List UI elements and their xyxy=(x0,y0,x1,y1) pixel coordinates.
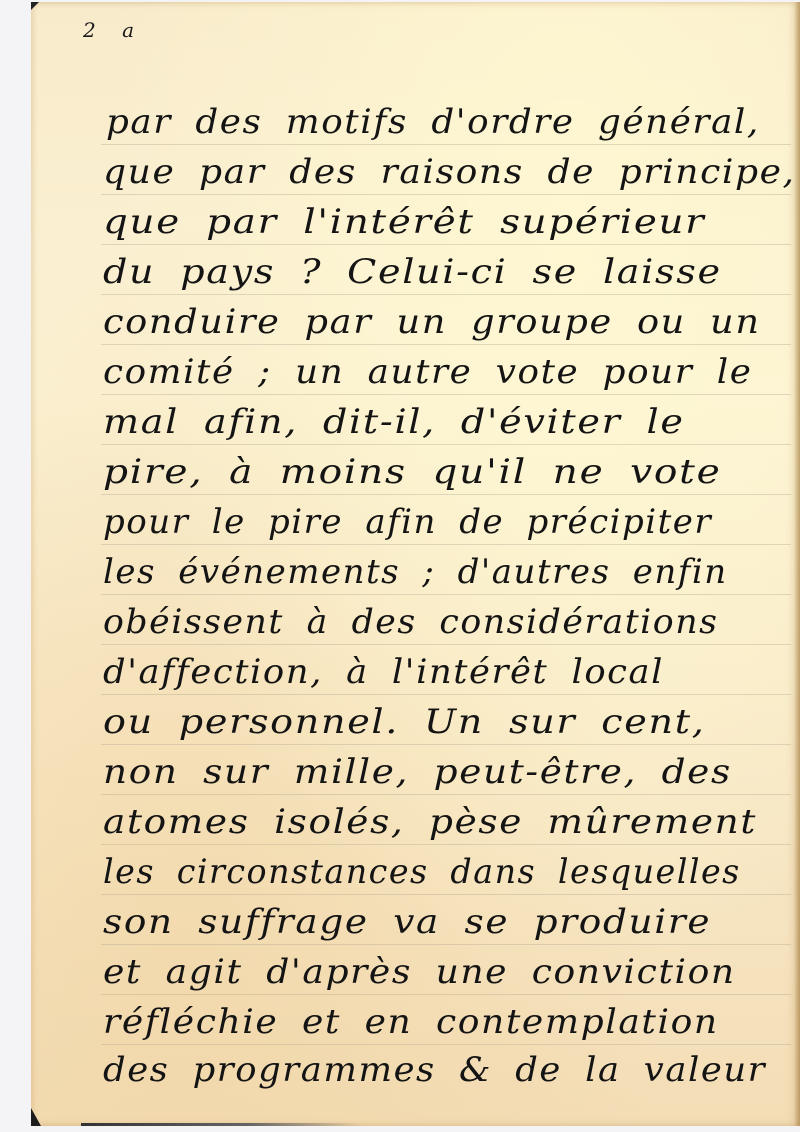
handwritten-line: les événements ; d'autres enfin xyxy=(103,552,728,592)
handwritten-line: ou personnel. Un sur cent, xyxy=(103,702,705,742)
handwritten-line: que par des raisons de principe, xyxy=(103,152,796,192)
handwritten-line: atomes isolés, pèse mûrement xyxy=(103,802,757,842)
handwritten-line: d'affection, à l'intérêt local xyxy=(103,652,664,692)
ruled-line xyxy=(101,194,791,195)
handwritten-line: des programmes & de la valeur xyxy=(103,1050,766,1090)
document-viewer: 2 a par des motifs d'ordre général, que … xyxy=(0,0,800,1132)
handwritten-line: mal afin, dit-il, d'éviter le xyxy=(103,402,685,442)
ruled-line xyxy=(101,744,791,745)
ruled-line xyxy=(101,444,791,445)
ruled-line xyxy=(101,894,791,895)
page-number: 2 a xyxy=(83,18,144,42)
handwritten-line: par des motifs d'ordre général, xyxy=(106,102,760,142)
ruled-line xyxy=(101,294,791,295)
ruled-line xyxy=(101,144,791,145)
handwritten-line: pour le pire afin de précipiter xyxy=(103,502,712,542)
ruled-line xyxy=(101,694,791,695)
ruled-line xyxy=(101,644,791,645)
handwritten-line: obéissent à des considérations xyxy=(103,602,718,642)
handwritten-line: que par l'intérêt supérieur xyxy=(103,202,705,242)
page-bottom-edge xyxy=(81,1123,361,1126)
manuscript-page: 2 a par des motifs d'ordre général, que … xyxy=(31,2,800,1126)
ruled-line xyxy=(101,844,791,845)
ruled-line xyxy=(101,1044,791,1045)
ruled-line xyxy=(101,994,791,995)
ruled-line xyxy=(101,544,791,545)
ruled-line xyxy=(101,344,791,345)
ruled-line xyxy=(101,944,791,945)
ruled-line xyxy=(101,394,791,395)
handwritten-line: pire, à moins qu'il ne vote xyxy=(103,452,721,492)
page-corner-mark xyxy=(31,1108,41,1126)
ruled-line xyxy=(101,794,791,795)
handwritten-line: son suffrage va se produire xyxy=(103,902,711,942)
page-corner-mark xyxy=(31,2,39,10)
handwritten-line: comité ; un autre vote pour le xyxy=(103,352,752,392)
handwritten-line: du pays ? Celui-ci se laisse xyxy=(103,252,722,292)
ruled-line xyxy=(101,494,791,495)
handwritten-line: réfléchie et en contemplation xyxy=(103,1002,719,1042)
handwritten-line: les circonstances dans lesquelles xyxy=(103,852,741,892)
handwritten-line: conduire par un groupe ou un xyxy=(103,302,761,342)
ruled-line xyxy=(101,244,791,245)
handwritten-line: non sur mille, peut-être, des xyxy=(103,752,732,792)
handwritten-line: et agit d'après une conviction xyxy=(103,952,736,992)
ruled-line xyxy=(101,594,791,595)
